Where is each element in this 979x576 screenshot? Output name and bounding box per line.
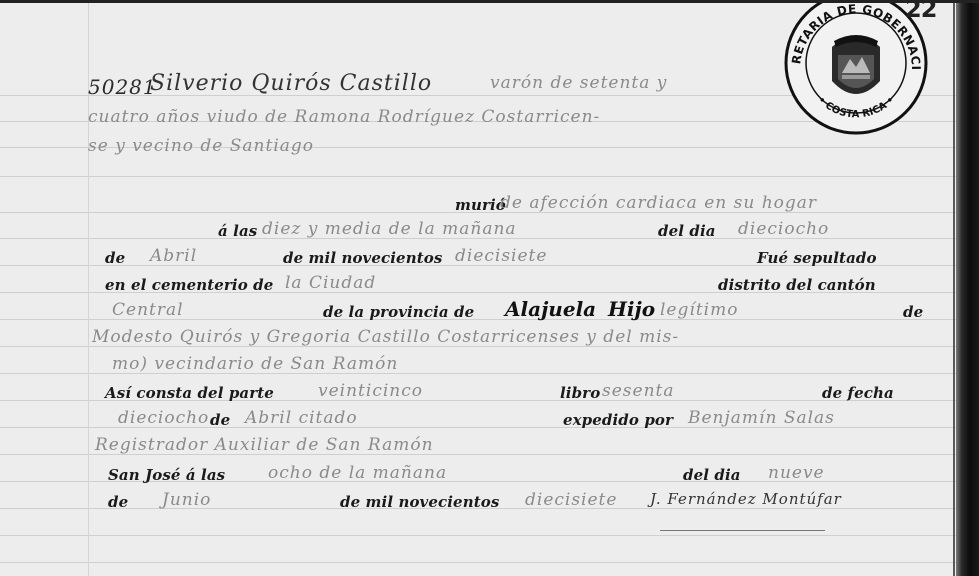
death-hour: diez y media de la mañana	[262, 219, 517, 239]
header-line-3: se y vecino de Santiago	[88, 136, 314, 156]
registration-hour: ocho de la mañana	[268, 463, 447, 483]
registration-year-label: de mil novecientos	[340, 493, 499, 511]
at-hour-label: á las	[218, 222, 257, 240]
district-label: distrito del cantón	[718, 276, 876, 294]
book-binding	[956, 3, 979, 576]
died-label: murió	[455, 196, 506, 214]
parents-line-2: mo) vecindario de San Ramón	[112, 354, 398, 374]
death-day: dieciocho	[738, 219, 829, 239]
page-edge	[953, 3, 955, 576]
report-month-prefix: de	[210, 411, 230, 429]
government-seal-icon: SECRETARIA DE GOBERNACION • COSTA RICA •	[782, 3, 930, 137]
ruled-line	[0, 176, 958, 177]
year-label: de mil novecientos	[283, 249, 442, 267]
part-number: veinticinco	[318, 381, 423, 401]
province-label: de la provincia de	[323, 303, 474, 321]
ruled-line	[0, 535, 958, 536]
issuer-name: Benjamín Salas	[688, 408, 835, 428]
deceased-name: Silverio Quirós Castillo	[150, 71, 432, 96]
report-month: Abril citado	[245, 408, 358, 428]
date-label: de fecha	[822, 384, 894, 402]
legitimacy: legítimo	[660, 300, 738, 320]
register-page: 50281 Silverio Quirós Castillo varón de …	[0, 3, 958, 576]
book-number: sesenta	[602, 381, 675, 401]
signature-underline	[660, 530, 825, 531]
province-name: Alajuela	[505, 297, 596, 321]
registration-day: nueve	[768, 463, 825, 483]
place-label: San José á las	[108, 466, 225, 484]
page-number: 22	[905, 3, 936, 23]
registration-year: diecisiete	[525, 490, 617, 510]
issued-by-label: expedido por	[563, 411, 673, 429]
record-number: 50281	[88, 75, 157, 99]
death-month: Abril	[150, 246, 197, 266]
registration-month-prefix: de	[108, 493, 128, 511]
ruled-line	[0, 562, 958, 563]
registrar-signature: J. Fernández Montúfar	[650, 490, 842, 508]
header-line-1-rest: varón de setenta y	[490, 73, 667, 93]
son-label: Hijo	[608, 297, 655, 321]
parents-line-1: Modesto Quirós y Gregoria Castillo Costa…	[92, 327, 679, 347]
issuer-title: Registrador Auxiliar de San Ramón	[95, 435, 434, 455]
header-line-2: cuatro años viudo de Ramona Rodríguez Co…	[88, 107, 600, 127]
death-year: diecisiete	[455, 246, 547, 266]
registration-day-label: del dia	[683, 466, 741, 484]
day-label: del dia	[658, 222, 716, 240]
canton-name: Central	[112, 300, 184, 320]
of-label: de	[903, 303, 923, 321]
report-day: dieciocho	[118, 408, 209, 428]
registration-month: Junio	[162, 490, 211, 510]
record-label: Así consta del parte	[105, 384, 274, 402]
book-label: libro	[560, 384, 600, 402]
cemetery-label: en el cementerio de	[105, 276, 273, 294]
month-prefix: de	[105, 249, 125, 267]
cause-of-death: de afección cardiaca en su hogar	[500, 193, 817, 213]
buried-label: Fué sepultado	[757, 249, 877, 267]
cemetery-name: la Ciudad	[285, 273, 376, 293]
